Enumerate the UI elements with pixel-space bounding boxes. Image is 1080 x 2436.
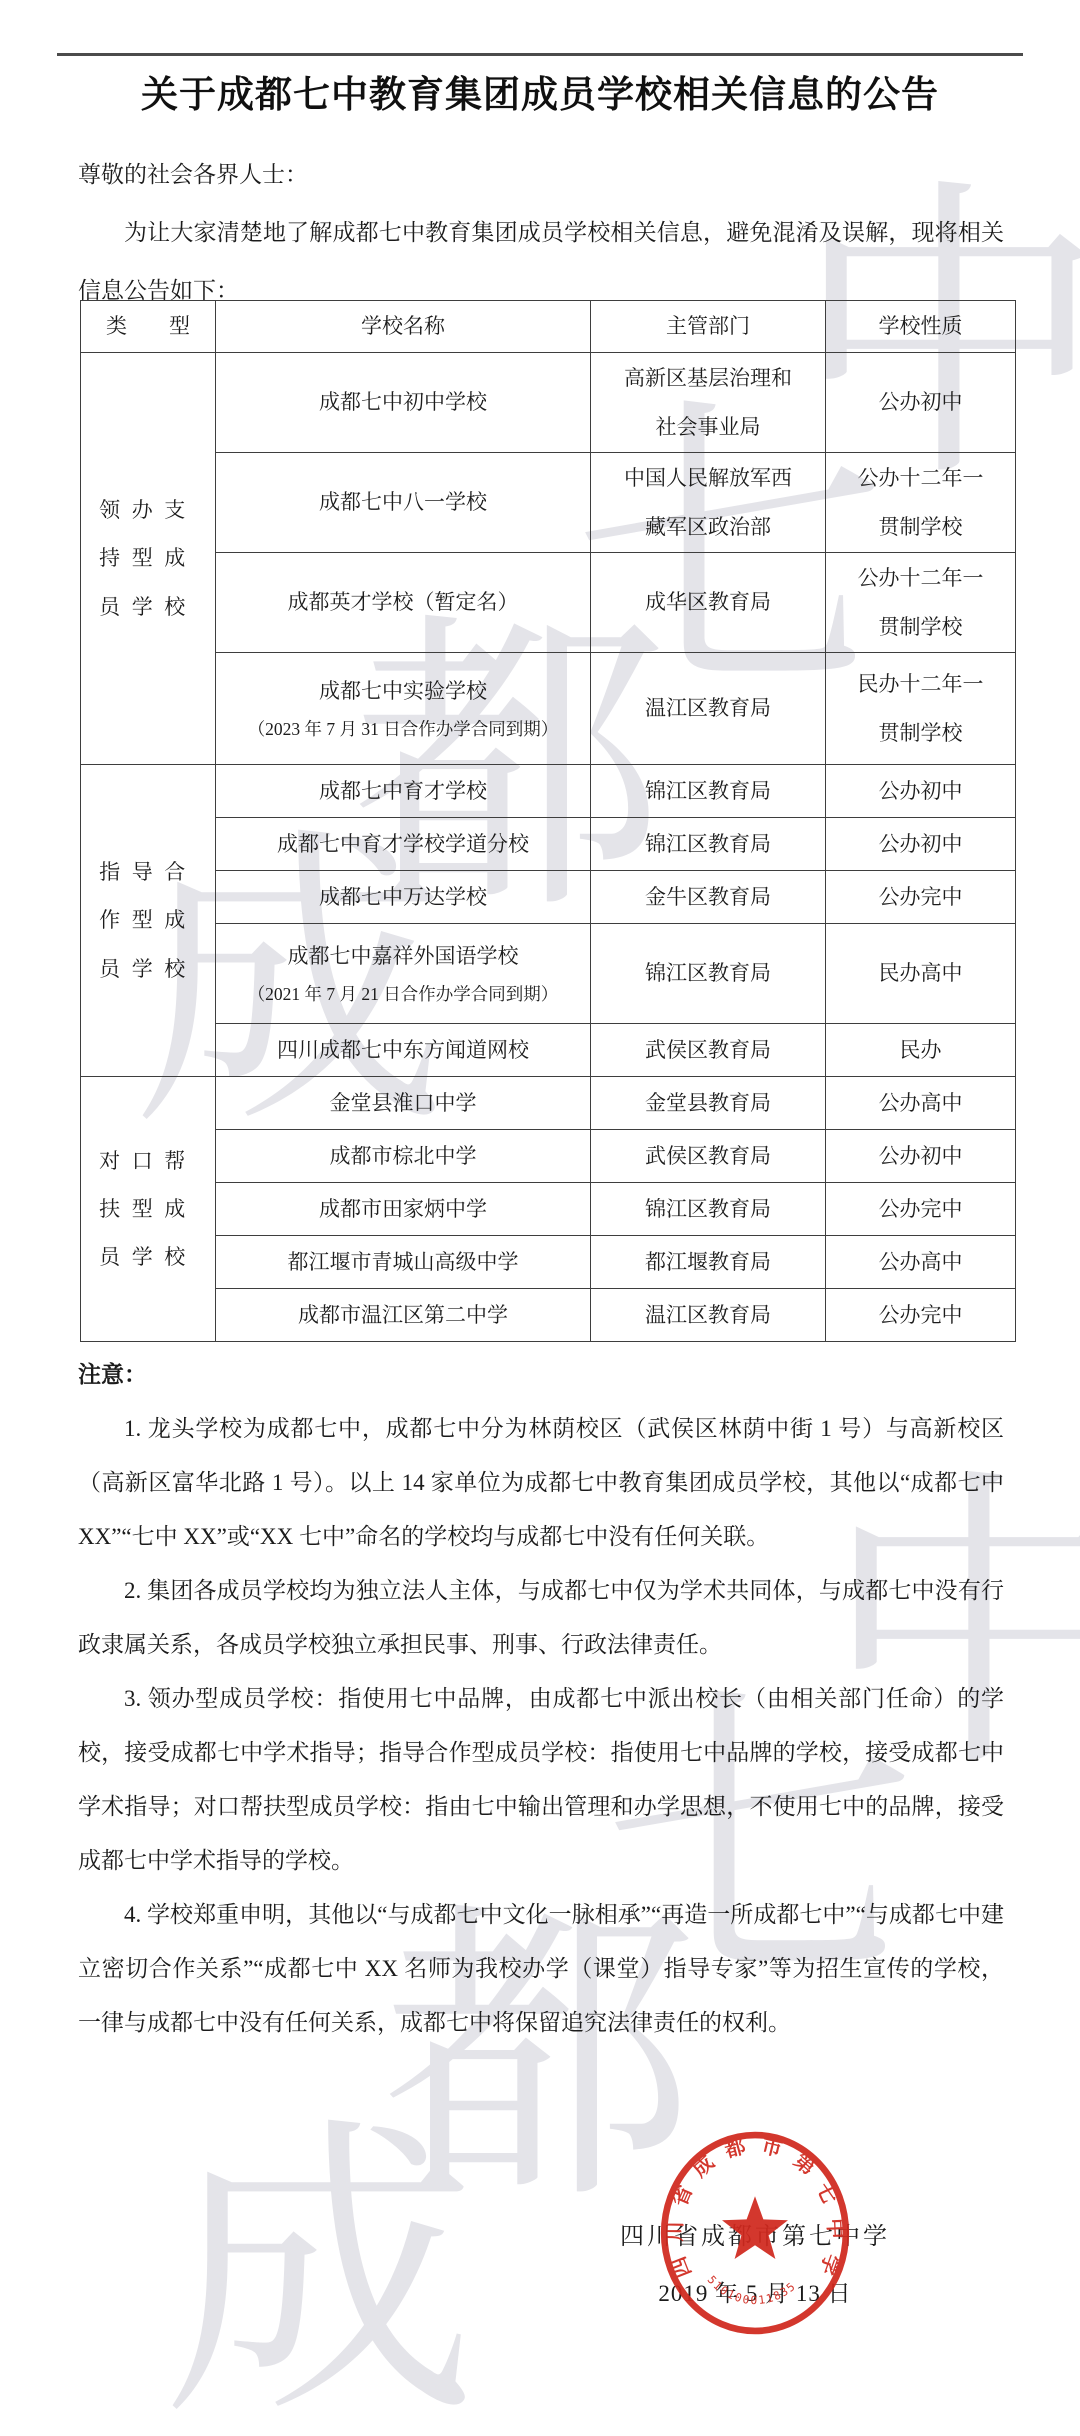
document-content: 关于成都七中教育集团成员学校相关信息的公告 尊敬的社会各界人士： 为让大家清楚地…: [0, 0, 1080, 2436]
nature-cell: 公办完中: [826, 1183, 1016, 1236]
dept-cell: 温江区教育局: [591, 653, 826, 765]
table-row: 成都七中育才学校学道分校 锦江区教育局 公办初中: [81, 818, 1016, 871]
school-name-cell: 成都市棕北中学: [216, 1130, 591, 1183]
nature-cell: 公办初中: [826, 353, 1016, 453]
notes-block: 注意： 1. 龙头学校为成都七中，成都七中分为林荫校区（武侯区林荫中街 1 号）…: [78, 1348, 1004, 2050]
school-name-cell: 成都市温江区第二中学: [216, 1289, 591, 1342]
table-row: 对口帮 扶型成 员学校 金堂县淮口中学 金堂县教育局 公办高中: [81, 1077, 1016, 1130]
table-row: 成都七中八一学校 中国人民解放军西 藏军区政治部 公办十二年一 贯制学校: [81, 453, 1016, 553]
nature-cell: 公办高中: [826, 1236, 1016, 1289]
table-row: 成都市棕北中学 武侯区教育局 公办初中: [81, 1130, 1016, 1183]
intro-block: 尊敬的社会各界人士： 为让大家清楚地了解成都七中教育集团成员学校相关信息，避免混…: [78, 146, 1004, 320]
table-row: 成都英才学校（暂定名） 成华区教育局 公办十二年一 贯制学校: [81, 553, 1016, 653]
school-name: 成都七中实验学校: [216, 667, 590, 715]
school-name-cell: 成都七中八一学校: [216, 453, 591, 553]
school-name-cell: 四川成都七中东方闻道网校: [216, 1024, 591, 1077]
school-name-cell: 成都七中育才学校学道分校: [216, 818, 591, 871]
school-name-cell: 成都七中育才学校: [216, 765, 591, 818]
nature-cell: 公办十二年一 贯制学校: [826, 453, 1016, 553]
nature-cell: 公办初中: [826, 765, 1016, 818]
school-name-note: （2021 年 7 月 21 日合作办学合同到期）: [216, 981, 590, 1015]
school-name: 成都七中八一学校: [216, 478, 590, 526]
table-row: 指导合 作型成 员学校 成都七中育才学校 锦江区教育局 公办初中: [81, 765, 1016, 818]
table-row: 都江堰市青城山高级中学 都江堰教育局 公办高中: [81, 1236, 1016, 1289]
table-row: 成都七中实验学校 （2023 年 7 月 31 日合作办学合同到期） 温江区教育…: [81, 653, 1016, 765]
type-group-cell: 领办支 持型成 员学校: [81, 353, 216, 765]
type-group-cell: 对口帮 扶型成 员学校: [81, 1077, 216, 1342]
school-name: 成都市田家炳中学: [216, 1185, 590, 1233]
school-name: 成都市棕北中学: [216, 1132, 590, 1180]
dept-cell: 锦江区教育局: [591, 765, 826, 818]
school-name: 成都七中育才学校学道分校: [216, 820, 590, 868]
school-name-cell: 成都七中万达学校: [216, 871, 591, 924]
document-scan: 中 七 都 成 中 七 都 成 关于成都七中教育集团成员学校相关信息的公告 尊敬…: [0, 0, 1080, 2436]
nature-cell: 民办: [826, 1024, 1016, 1077]
type-group-cell: 指导合 作型成 员学校: [81, 765, 216, 1077]
dept-cell: 高新区基层治理和 社会事业局: [591, 353, 826, 453]
nature-cell: 公办完中: [826, 871, 1016, 924]
nature-cell: 民办高中: [826, 924, 1016, 1024]
school-name: 成都七中初中学校: [216, 378, 590, 426]
school-name-cell: 成都七中初中学校: [216, 353, 591, 453]
seal-serial: 510100011835: [705, 2273, 798, 2307]
header-school-name: 学校名称: [216, 301, 591, 353]
school-name-cell: 成都市田家炳中学: [216, 1183, 591, 1236]
dept-cell: 成华区教育局: [591, 553, 826, 653]
dept-cell: 金牛区教育局: [591, 871, 826, 924]
school-name: 成都七中万达学校: [216, 873, 590, 921]
school-name: 成都七中育才学校: [216, 767, 590, 815]
note-item: 3. 领办型成员学校：指使用七中品牌，由成都七中派出校长（由相关部门任命）的学校…: [78, 1672, 1004, 1888]
page-title: 关于成都七中教育集团成员学校相关信息的公告: [0, 64, 1080, 118]
school-name: 四川成都七中东方闻道网校: [216, 1026, 590, 1074]
note-item: 2. 集团各成员学校均为独立法人主体，与成都七中仅为学术共同体，与成都七中没有行…: [78, 1564, 1004, 1672]
table-row: 成都七中万达学校 金牛区教育局 公办完中: [81, 871, 1016, 924]
dept-cell: 锦江区教育局: [591, 1183, 826, 1236]
school-name-cell: 都江堰市青城山高级中学: [216, 1236, 591, 1289]
schools-table: 类 型 学校名称 主管部门 学校性质 领办支 持型成 员学校 成都七中初中学校 …: [80, 300, 1016, 1342]
dept-cell: 锦江区教育局: [591, 924, 826, 1024]
note-item: 1. 龙头学校为成都七中，成都七中分为林荫校区（武侯区林荫中街 1 号）与高新校…: [78, 1402, 1004, 1564]
dept-cell: 武侯区教育局: [591, 1024, 826, 1077]
greeting-line: 尊敬的社会各界人士：: [78, 146, 1004, 204]
seal-star-icon: [722, 2196, 788, 2259]
school-name: 都江堰市青城山高级中学: [216, 1238, 590, 1286]
nature-cell: 公办完中: [826, 1289, 1016, 1342]
school-name: 金堂县淮口中学: [216, 1079, 590, 1127]
dept-cell: 金堂县教育局: [591, 1077, 826, 1130]
school-name: 成都七中嘉祥外国语学校: [216, 932, 590, 980]
nature-cell: 公办初中: [826, 818, 1016, 871]
nature-cell: 公办初中: [826, 1130, 1016, 1183]
note-item: 4. 学校郑重申明，其他以“与成都七中文化一脉相承”“再造一所成都七中”“与成都…: [78, 1888, 1004, 2050]
notes-label: 注意：: [78, 1348, 1004, 1402]
table-row: 成都市田家炳中学 锦江区教育局 公办完中: [81, 1183, 1016, 1236]
header-type: 类 型: [81, 301, 216, 353]
dept-cell: 锦江区教育局: [591, 818, 826, 871]
nature-cell: 公办高中: [826, 1077, 1016, 1130]
dept-cell: 武侯区教育局: [591, 1130, 826, 1183]
school-name-cell: 金堂县淮口中学: [216, 1077, 591, 1130]
svg-text:510100011835: 510100011835: [705, 2273, 798, 2307]
school-name-cell: 成都七中嘉祥外国语学校 （2021 年 7 月 21 日合作办学合同到期）: [216, 924, 591, 1024]
nature-cell: 公办十二年一 贯制学校: [826, 553, 1016, 653]
dept-cell: 都江堰教育局: [591, 1236, 826, 1289]
school-name: 成都英才学校（暂定名）: [216, 578, 590, 626]
school-name-cell: 成都七中实验学校 （2023 年 7 月 31 日合作办学合同到期）: [216, 653, 591, 765]
school-name: 成都市温江区第二中学: [216, 1291, 590, 1339]
table-row: 领办支 持型成 员学校 成都七中初中学校 高新区基层治理和 社会事业局 公办初中: [81, 353, 1016, 453]
dept-cell: 温江区教育局: [591, 1289, 826, 1342]
nature-cell: 民办十二年一 贯制学校: [826, 653, 1016, 765]
official-seal: 四川省成都市第七中学 510100011835: [656, 2128, 854, 2338]
top-rule: [57, 53, 1023, 56]
header-nature: 学校性质: [826, 301, 1016, 353]
school-name-note: （2023 年 7 月 31 日合作办学合同到期）: [216, 716, 590, 750]
table-row: 成都市温江区第二中学 温江区教育局 公办完中: [81, 1289, 1016, 1342]
school-name-cell: 成都英才学校（暂定名）: [216, 553, 591, 653]
table-row: 成都七中嘉祥外国语学校 （2021 年 7 月 21 日合作办学合同到期） 锦江…: [81, 924, 1016, 1024]
dept-cell: 中国人民解放军西 藏军区政治部: [591, 453, 826, 553]
table-row: 四川成都七中东方闻道网校 武侯区教育局 民办: [81, 1024, 1016, 1077]
header-dept: 主管部门: [591, 301, 826, 353]
